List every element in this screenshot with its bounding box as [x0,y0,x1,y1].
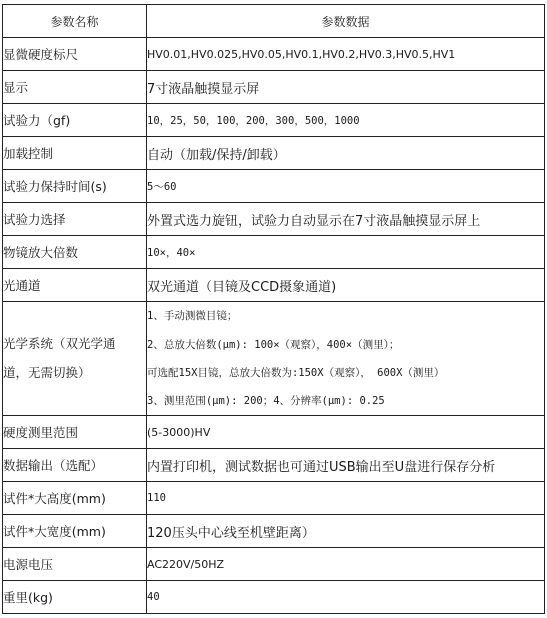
row-label: 试验力保持时间(s) [3,170,147,203]
table-row: 加载控制 自动（加载/保持/卸载） [3,137,545,170]
row-value: 1、手动测微目镜； 2、总放大倍数(μm): 100×（观察），400×（测里）… [147,302,545,416]
value-line: 3、测里范围(μm): 200；4、分辨率(μm): 0.25 [147,387,544,415]
row-label: 光学系统（双光学通 道，无需切换） [3,302,147,416]
row-label: 重里(kg) [3,581,147,614]
table-row: 光通道 双光通道（目镜及CCD摄象通道) [3,269,545,302]
label-line: 光学系统（双光学通 [3,335,146,359]
row-value: 内置打印机，测试数据也可通过USB输出至U盘进行保存分析 [147,449,545,482]
row-value: 120压头中心线至机壁距离） [147,515,545,548]
value-line: 2、总放大倍数(μm): 100×（观察），400×（测里）； [147,331,544,359]
row-label: 试验力选择 [3,203,147,236]
row-value: 7寸液晶触摸显示屏 [147,71,545,104]
row-label: 显示 [3,71,147,104]
table-row: 硬度测里范围 (5-3000)HV [3,416,545,449]
value-line: 1、手动测微目镜； [147,307,544,331]
table-row: 数据输出（选配） 内置打印机，测试数据也可通过USB输出至U盘进行保存分析 [3,449,545,482]
table-row: 试件*大高度(mm) 110 [3,482,545,515]
label-line: 道，无需切换） [3,359,146,387]
row-value: HV0.01,HV0.025,HV0.05,HV0.1,HV0.2,HV0.3,… [147,38,545,71]
table-row-optics: 光学系统（双光学通 道，无需切换） 1、手动测微目镜； 2、总放大倍数(μm):… [3,302,545,416]
row-value: (5-3000)HV [147,416,545,449]
table-row: 电源电压 AC220V/50HZ [3,548,545,581]
row-value: 双光通道（目镜及CCD摄象通道) [147,269,545,302]
table-row: 试验力保持时间(s) 5～60 [3,170,545,203]
row-label: 试验力（gf) [3,104,147,137]
row-value: AC220V/50HZ [147,548,545,581]
table-row: 试验力（gf) 10，25，50，100，200，300，500，1000 [3,104,545,137]
row-value: 10，25，50，100，200，300，500，1000 [147,104,545,137]
row-label: 电源电压 [3,548,147,581]
row-value: 自动（加载/保持/卸载） [147,137,545,170]
row-label: 数据输出（选配） [3,449,147,482]
spec-table: 参数名称 参数数据 显微硬度标尺 HV0.01,HV0.025,HV0.05,H… [2,4,545,614]
table-row: 显微硬度标尺 HV0.01,HV0.025,HV0.05,HV0.1,HV0.2… [3,38,545,71]
row-label: 硬度测里范围 [3,416,147,449]
row-label: 试件*大宽度(mm) [3,515,147,548]
table-header-row: 参数名称 参数数据 [3,5,545,38]
header-param-name: 参数名称 [3,5,147,38]
row-value: 10×，40× [147,236,545,269]
row-value: 40 [147,581,545,614]
row-label: 试件*大高度(mm) [3,482,147,515]
table-row: 试件*大宽度(mm) 120压头中心线至机壁距离） [3,515,545,548]
table-row: 重里(kg) 40 [3,581,545,614]
row-value: 外置式选力旋钮，试验力自动显示在7寸液晶触摸显示屏上 [147,203,545,236]
row-label: 物镜放大倍数 [3,236,147,269]
row-value: 110 [147,482,545,515]
table-row: 显示 7寸液晶触摸显示屏 [3,71,545,104]
header-param-value: 参数数据 [147,5,545,38]
row-label: 加载控制 [3,137,147,170]
table-row: 物镜放大倍数 10×，40× [3,236,545,269]
row-label: 显微硬度标尺 [3,38,147,71]
row-label: 光通道 [3,269,147,302]
table-row: 试验力选择 外置式选力旋钮，试验力自动显示在7寸液晶触摸显示屏上 [3,203,545,236]
row-value: 5～60 [147,170,545,203]
value-line: 可选配15X目镜，总放大倍数为:150X（观察）， 600X（测里） [147,359,544,387]
